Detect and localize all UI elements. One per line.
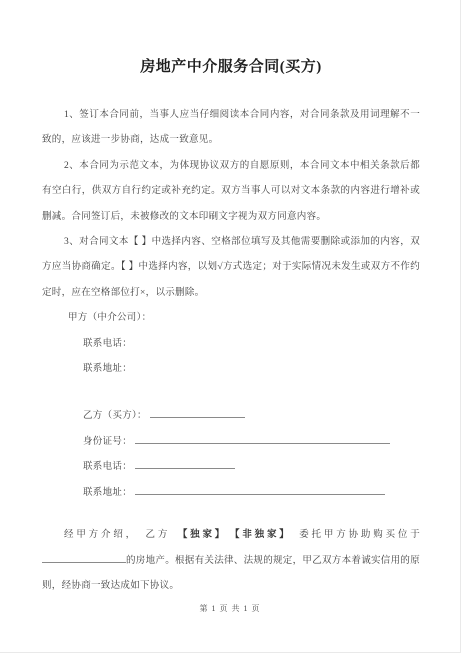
party-b-phone-line: 联系电话： bbox=[42, 455, 420, 480]
party-b-section: 乙方（买方）： 身份证号： 联系电话： 联系地址： bbox=[42, 404, 420, 506]
party-b-name-blank bbox=[150, 407, 245, 418]
closing-paragraph: 经甲方介绍， 乙方 【独家】 【非独家】 委托甲方协助购买位于的房地产。根据有关… bbox=[42, 523, 420, 599]
intro-paragraph-3: 3、对合同文本【 】中选择内容、空格部位填写及其他需要删除或添加的内容，双方应当… bbox=[42, 230, 420, 306]
party-b-id-blank bbox=[135, 433, 390, 444]
closing-entrust-text: 委托甲方协助购买位于 bbox=[287, 530, 420, 540]
page-number-footer: 第 1 页 共 1 页 bbox=[0, 603, 460, 614]
party-b-id-label: 身份证号： bbox=[83, 437, 132, 447]
party-b-id-line: 身份证号： bbox=[42, 430, 420, 455]
option-separator bbox=[222, 530, 234, 540]
party-b-address-line: 联系地址： bbox=[42, 481, 420, 506]
party-b-name-line: 乙方（买方）： bbox=[42, 404, 420, 429]
party-b-address-label: 联系地址： bbox=[83, 488, 132, 498]
closing-lead-text: 经甲方介绍， 乙方 bbox=[64, 530, 183, 540]
party-a-label: 甲方（中介公司）： bbox=[42, 306, 420, 331]
intro-paragraph-1: 1、签订本合同前，当事人应当仔细阅读本合同内容，对合同条款及用词理解不一致的，应… bbox=[42, 103, 420, 154]
party-b-phone-blank bbox=[135, 458, 235, 469]
party-a-section: 甲方（中介公司）： 联系电话： 联系地址： bbox=[42, 306, 420, 382]
document-title: 房地产中介服务合同(买方) bbox=[42, 57, 420, 77]
document-content: 房地产中介服务合同(买方) 1、签订本合同前，当事人应当仔细阅读本合同内容，对合… bbox=[42, 0, 420, 599]
exclusive-option: 【独家】 bbox=[183, 530, 223, 540]
contract-document-page: 房地产中介服务合同(买方) 1、签订本合同前，当事人应当仔细阅读本合同内容，对合… bbox=[0, 0, 461, 653]
party-a-phone-label: 联系电话： bbox=[42, 332, 420, 357]
party-a-address-label: 联系地址： bbox=[42, 357, 420, 382]
intro-paragraph-2: 2、本合同为示范文本，为体现协议双方的自愿原则，本合同文本中相关条款后都有空白行… bbox=[42, 154, 420, 230]
non-exclusive-option: 【非独家】 bbox=[235, 530, 287, 540]
property-location-blank bbox=[42, 552, 126, 563]
party-b-address-blank bbox=[135, 484, 385, 495]
party-b-name-label: 乙方（买方）： bbox=[83, 411, 147, 421]
party-b-phone-label: 联系电话： bbox=[83, 462, 132, 472]
